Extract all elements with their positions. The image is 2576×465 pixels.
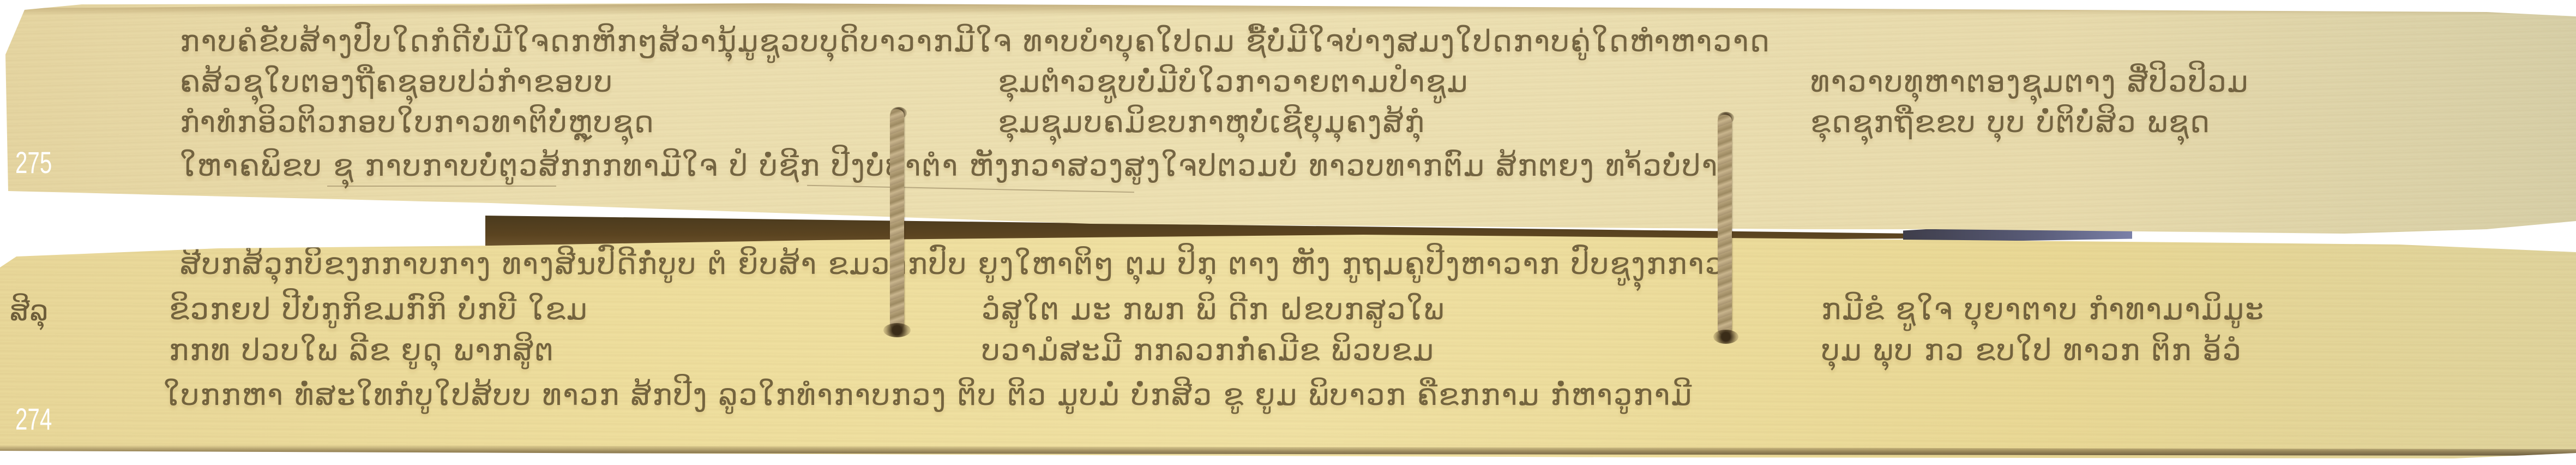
text-line-2-col-3: ທາວາບທຸຫາຕອງຊຸມຕາງ ສື່ປິວປິວມ xyxy=(1810,64,2249,99)
cord-hole-bottom-left xyxy=(883,323,911,337)
text-line-2-col-1: ຂິວກຍປ ປີບໍ່ກູກິຂມກົກິ ບໍ່ກບີ ໃຂມ xyxy=(169,292,588,326)
leaf-top-edge xyxy=(22,3,2576,15)
binding-cord-right xyxy=(1718,115,1732,336)
text-line-4: ໃຫາຄພິຂບ ຊຸ ກາບກາບບໍ່ຕູວສ້ກກກທາມີໃຈ ປໍ ບ… xyxy=(180,148,1718,183)
leaf-bottom-edge xyxy=(0,445,2576,456)
text-line-3-col-2: ຂຸມຊຸມບຄມິຂບກາຫຸບໍ່ເຊີຍຸມຸຄງສ້ກໍຸ xyxy=(998,105,1425,139)
manuscript-photo: ກາບຄໍຂັບສ້າງປົບໃດກໍດີບໍ່ມີໃຈດກຫິກໆສ້ວານຸ… xyxy=(0,0,2576,465)
text-line-3-col-3: ຂຸດຊຸກຖືຂຂບ ບຸບ ບໍ່ຕິບໍ່ສິວ ພຊຸດ xyxy=(1810,105,2211,139)
cord-hole-bottom-right xyxy=(1713,330,1738,344)
text-line-2-col-2: ວໍສູໃຕ ມະ ກພກ ພິ ດີກ ຝຂບກສູວໃພ xyxy=(982,292,1445,326)
text-line-2-col-2: ຂຸມຕຳວຊູບບໍ່ມີບໍໃວກາວາຍຕາມປໍາຊູມ xyxy=(998,64,1468,99)
text-line-3-col-1: ກຳທໍກອິວຕິວກອບໃບກາວທາຕິບໍ່ຫຼຸບຊຸດ xyxy=(180,105,655,139)
text-line-1: ສີບກສ້ວຸກບິຂງກກາບກາງ ທາງສີນປົດີກໍ່ບູບ ຕໍ… xyxy=(180,247,1725,281)
page-number-label: 275 xyxy=(15,145,52,180)
scratch-line xyxy=(327,186,556,187)
text-line-4: ໃບກກຫາ ທໍ່ສະໃທກໍບູໃປສ້ບບ ທາວກ ສ້ກປີງ ລູວ… xyxy=(164,378,1693,412)
text-line-2-col-1: ຄສ້ວຊຸໃບຕອງຖືຄຊຸອບປວ່ກຳຂອບບ xyxy=(180,64,613,99)
text-line-3-col-2: ບວາມໍສະມີ ກກລວກກໍ່ຄມີຂ ພິວບຂມ xyxy=(982,333,1435,367)
page-number-label: 274 xyxy=(15,401,52,437)
text-line-2-col-3: ກມີຂໍ ຊູໃຈ ບຸຍາຕາບ ກຳທາມາມິມູະ xyxy=(1821,292,2265,326)
text-line-1: ກາບຄໍຂັບສ້າງປົບໃດກໍດີບໍ່ມີໃຈດກຫິກໆສ້ວານຸ… xyxy=(180,24,1771,58)
binding-cord-left xyxy=(890,109,904,330)
text-line-3-col-1: ກກທ ປວບໃພ ລີຂ ຍູດຸ ພາກສູິຕ xyxy=(169,333,555,367)
scratch-line xyxy=(807,185,1134,193)
text-line-3-col-3: ບຸມ ພຸບ ກວ ຂບໃປ ທາວກ ຕິກ ອ້ວໍ xyxy=(1821,333,2242,367)
margin-title: ສີລຸ xyxy=(10,295,48,327)
